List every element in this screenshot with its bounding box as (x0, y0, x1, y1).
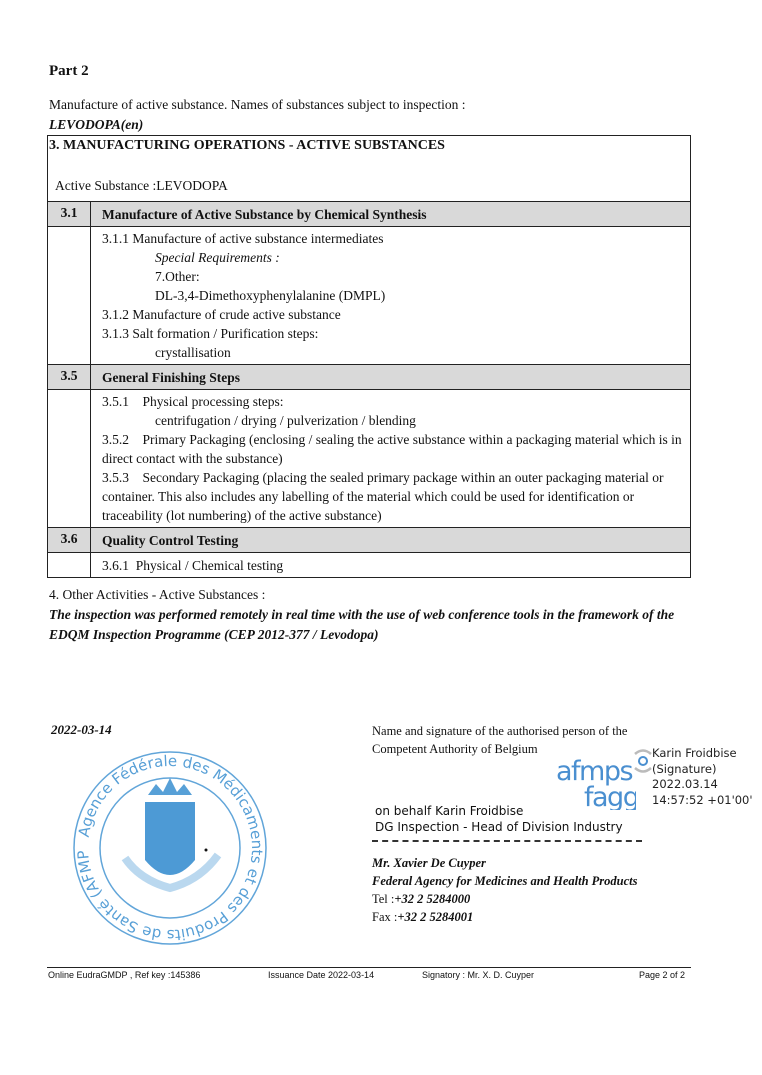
manufacturing-operations-table: 3. MANUFACTURING OPERATIONS - ACTIVE SUB… (47, 135, 691, 578)
footer-divider (47, 967, 691, 968)
group-3-5-body: 3.5.1 Physical processing steps: centrif… (48, 389, 690, 527)
substance-name: LEVODOPA(en) (49, 117, 143, 133)
footer-page-number: Page 2 of 2 (639, 970, 685, 980)
line: DL-3,4-Dimethoxyphenylalanine (DMPL) (102, 286, 690, 305)
group-heading: Manufacture of Active Substance by Chemi… (91, 202, 690, 226)
line: 3.5.1 Physical processing steps: (102, 392, 682, 411)
group-number: 3.5 (48, 365, 91, 389)
line: 3.1.2 Manufacture of crude active substa… (102, 305, 690, 324)
official-name: Mr. Xavier De Cuyper (372, 854, 638, 872)
line: 3.1.1 Manufacture of active substance in… (102, 229, 690, 248)
digital-signature-date: 2022.03.14 (652, 777, 753, 793)
line: 7.Other: (102, 267, 690, 286)
group-3-1-body: 3.1.1 Manufacture of active substance in… (48, 226, 690, 364)
line: 3.1.3 Salt formation / Purification step… (102, 324, 690, 343)
line: 3.5.3 Secondary Packaging (placing the s… (102, 468, 682, 525)
active-substance-label: Active Substance :LEVODOPA (55, 178, 228, 194)
afmps-fagg-logo: afmps fagg (556, 750, 636, 810)
on-behalf-text: on behalf Karin Froidbise DG Inspection … (375, 803, 623, 835)
intro-text: Manufacture of active substance. Names o… (49, 97, 466, 113)
official-contact: Mr. Xavier De Cuyper Federal Agency for … (372, 854, 638, 926)
coat-of-arms-icon (145, 802, 195, 875)
footer-issuance-date: Issuance Date 2022-03-14 (268, 970, 374, 980)
group-3-6-body: 3.6.1 Physical / Chemical testing (48, 552, 690, 577)
line: 3.5.2 Primary Packaging (enclosing / sea… (102, 430, 682, 468)
section-3-title: 3. MANUFACTURING OPERATIONS - ACTIVE SUB… (49, 138, 445, 153)
signature-date: 2022-03-14 (51, 722, 112, 738)
signature-seal-icon (632, 748, 654, 776)
footer-ref: Online EudraGMDP , Ref key :145386 (48, 970, 200, 980)
line: crystallisation (102, 343, 690, 362)
line: Special Requirements : (102, 248, 690, 267)
group-3-1-header: 3.1 Manufacture of Active Substance by C… (48, 201, 690, 226)
section-4-text: The inspection was performed remotely in… (49, 605, 709, 645)
line: 3.6.1 Physical / Chemical testing (102, 556, 690, 575)
group-heading: General Finishing Steps (91, 365, 690, 389)
group-heading: Quality Control Testing (91, 528, 690, 552)
signature-divider (372, 840, 642, 842)
digital-signature-time: 14:57:52 +01'00' (652, 793, 753, 809)
afmps-seal-stamp: Agence Fédérale des Médicaments et des P… (70, 740, 270, 950)
section-3-header: 3. MANUFACTURING OPERATIONS - ACTIVE SUB… (48, 136, 690, 201)
line: centrifugation / drying / pulverization … (102, 411, 682, 430)
group-3-5-header: 3.5 General Finishing Steps (48, 364, 690, 389)
official-fax: Fax :+32 2 5284001 (372, 908, 638, 926)
official-tel: Tel :+32 2 5284000 (372, 890, 638, 908)
group-number: 3.1 (48, 202, 91, 226)
group-3-6-header: 3.6 Quality Control Testing (48, 527, 690, 552)
digital-signature-info: Karin Froidbise (Signature) 2022.03.14 1… (652, 746, 753, 808)
footer-signatory: Signatory : Mr. X. D. Cuyper (422, 970, 534, 980)
digital-signature-label: (Signature) (652, 762, 753, 778)
group-number: 3.6 (48, 528, 91, 552)
digital-signer-name: Karin Froidbise (652, 746, 753, 762)
part-title: Part 2 (49, 63, 89, 80)
official-agency: Federal Agency for Medicines and Health … (372, 872, 638, 890)
section-4-title: 4. Other Activities - Active Substances … (49, 587, 265, 603)
crown-icon (148, 778, 192, 795)
